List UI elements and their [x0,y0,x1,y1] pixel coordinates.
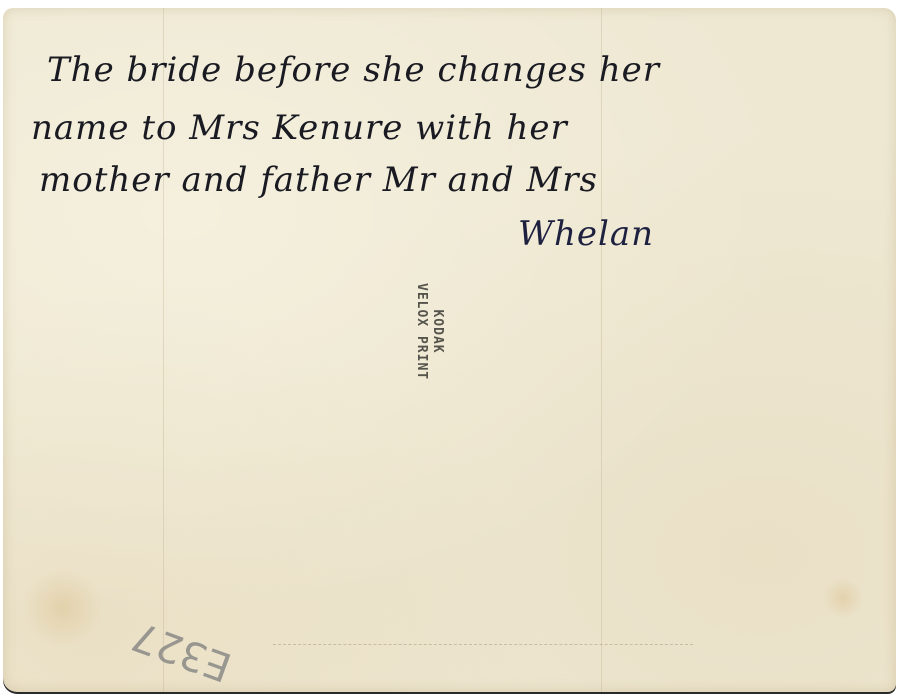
stamp-line-1: KODAK [429,283,445,380]
kodak-velox-stamp: KODAK VELOX PRINT [413,283,445,380]
handwriting-line-3: mother and father Mr and Mrs [39,160,598,200]
pencil-note: E327 [126,612,237,690]
age-stain [23,568,103,648]
handwriting-line-1: The bride before she changes her [47,50,660,90]
postcard-back: The bride before she changes her name to… [3,8,896,692]
handwriting-line-2: name to Mrs Kenure with her [31,108,568,148]
signature: Whelan [518,214,654,254]
fold-line [601,8,602,692]
age-stain [823,578,863,618]
stamp-line-2: VELOX PRINT [413,283,429,380]
faint-dashed-line [273,644,693,645]
